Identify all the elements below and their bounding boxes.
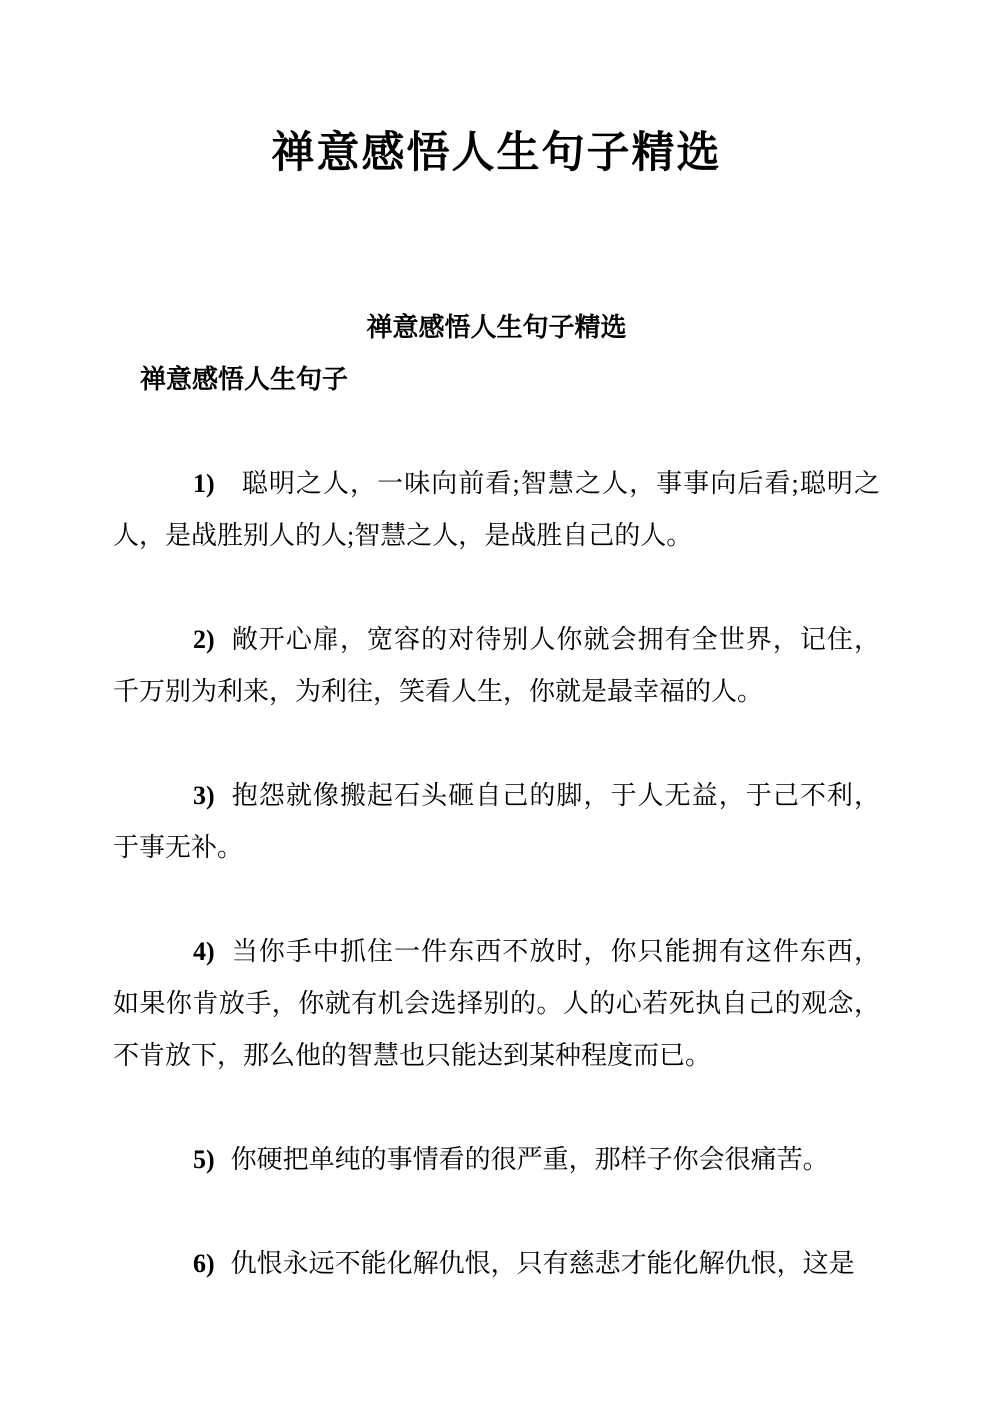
document-title: 禅意感悟人生句子精选 [113,0,880,186]
list-item: 3)抱怨就像搬起石头砸自己的脚，于人无益，于己不利，于事无补。 [113,770,880,874]
list-item: 5)你硬把单纯的事情看的很严重，那样子你会很痛苦。 [113,1134,880,1186]
list-item-text: 当你手中抓住一件东西不放时，你只能拥有这件东西，如果你肯放手，你就有机会选择别的… [113,937,880,1070]
list-item: 1)聪明之人，一味向前看;智慧之人，事事向后看;聪明之人，是战胜别人的人;智慧之… [113,458,880,562]
list-item: 4)当你手中抓住一件东西不放时，你只能拥有这件东西，如果你肯放手，你就有机会选择… [113,926,880,1082]
list-item-text: 聪明之人，一味向前看;智慧之人，事事向后看;聪明之人，是战胜别人的人;智慧之人，… [113,469,880,550]
list-item: 2)敞开心扉，宽容的对待别人你就会拥有全世界，记住，千万别为利来，为利往，笑看人… [113,614,880,718]
list-item-number: 3) [193,781,215,810]
list-item: 6)仇恨永远不能化解仇恨，只有慈悲才能化解仇恨，这是 [113,1238,880,1290]
list-item-number: 6) [193,1249,215,1278]
list-item-number: 1) [193,469,215,498]
list-item-number: 5) [193,1145,215,1174]
list-item-text: 你硬把单纯的事情看的很严重，那样子你会很痛苦。 [231,1145,829,1174]
list-item-text: 抱怨就像搬起石头砸自己的脚，于人无益，于己不利，于事无补。 [113,781,880,862]
section-heading: 禅意感悟人生句子 [113,354,880,406]
list-item-text: 敞开心扉，宽容的对待别人你就会拥有全世界，记住，千万别为利来，为利往，笑看人生，… [113,625,880,706]
document-page: 禅意感悟人生句子精选 禅意感悟人生句子精选 禅意感悟人生句子 1)聪明之人，一味… [0,0,993,1290]
list-item-number: 4) [193,937,215,966]
document-subtitle: 禅意感悟人生句子精选 [113,302,880,354]
list-item-text: 仇恨永远不能化解仇恨，只有慈悲才能化解仇恨，这是 [231,1249,855,1278]
list-item-number: 2) [193,625,215,654]
